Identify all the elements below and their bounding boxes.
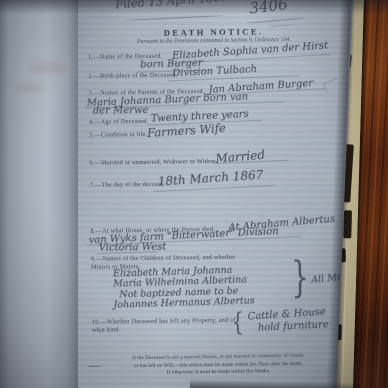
page-stain — [28, 62, 70, 74]
page-edge-gap — [343, 210, 352, 238]
form-label-4: 4.—Age of Deceased. — [89, 118, 149, 126]
entry-property-line2: hold furniture — [258, 319, 329, 333]
ink-flourish — [246, 18, 306, 24]
form-label-7: 7.—The day of the decease. — [90, 181, 166, 190]
death-notice-content: Filed 13 April 1867 3406 DEATH NOTICE. P… — [75, 0, 356, 388]
margin-ink-mark — [323, 78, 341, 94]
form-label-2: 2.—Birth-place of the Deceased. — [88, 72, 177, 81]
form-label-6: 6.—Married or unmarried, Widower or Wido… — [90, 158, 218, 167]
document-photo: Filed 13 April 1867 3406 DEATH NOTICE. P… — [0, 0, 388, 388]
ink-flourish — [124, 15, 224, 21]
page-stain — [14, 84, 44, 92]
property-brace: { — [232, 308, 245, 338]
book-left-page — [0, 0, 86, 388]
filing-date-handwriting: Filed 13 April 1867 — [115, 0, 229, 11]
death-notice-page: Filed 13 April 1867 3406 DEATH NOTICE. P… — [78, 0, 354, 388]
form-label-5: 5.—Condition in life. — [89, 131, 148, 139]
children-brace: } — [291, 252, 310, 302]
footer-margin-dash — [88, 366, 100, 367]
filing-number-handwriting: 3406 — [248, 0, 288, 17]
form-label-10: 10.—Whether Deceased has left any Proper… — [92, 317, 236, 334]
